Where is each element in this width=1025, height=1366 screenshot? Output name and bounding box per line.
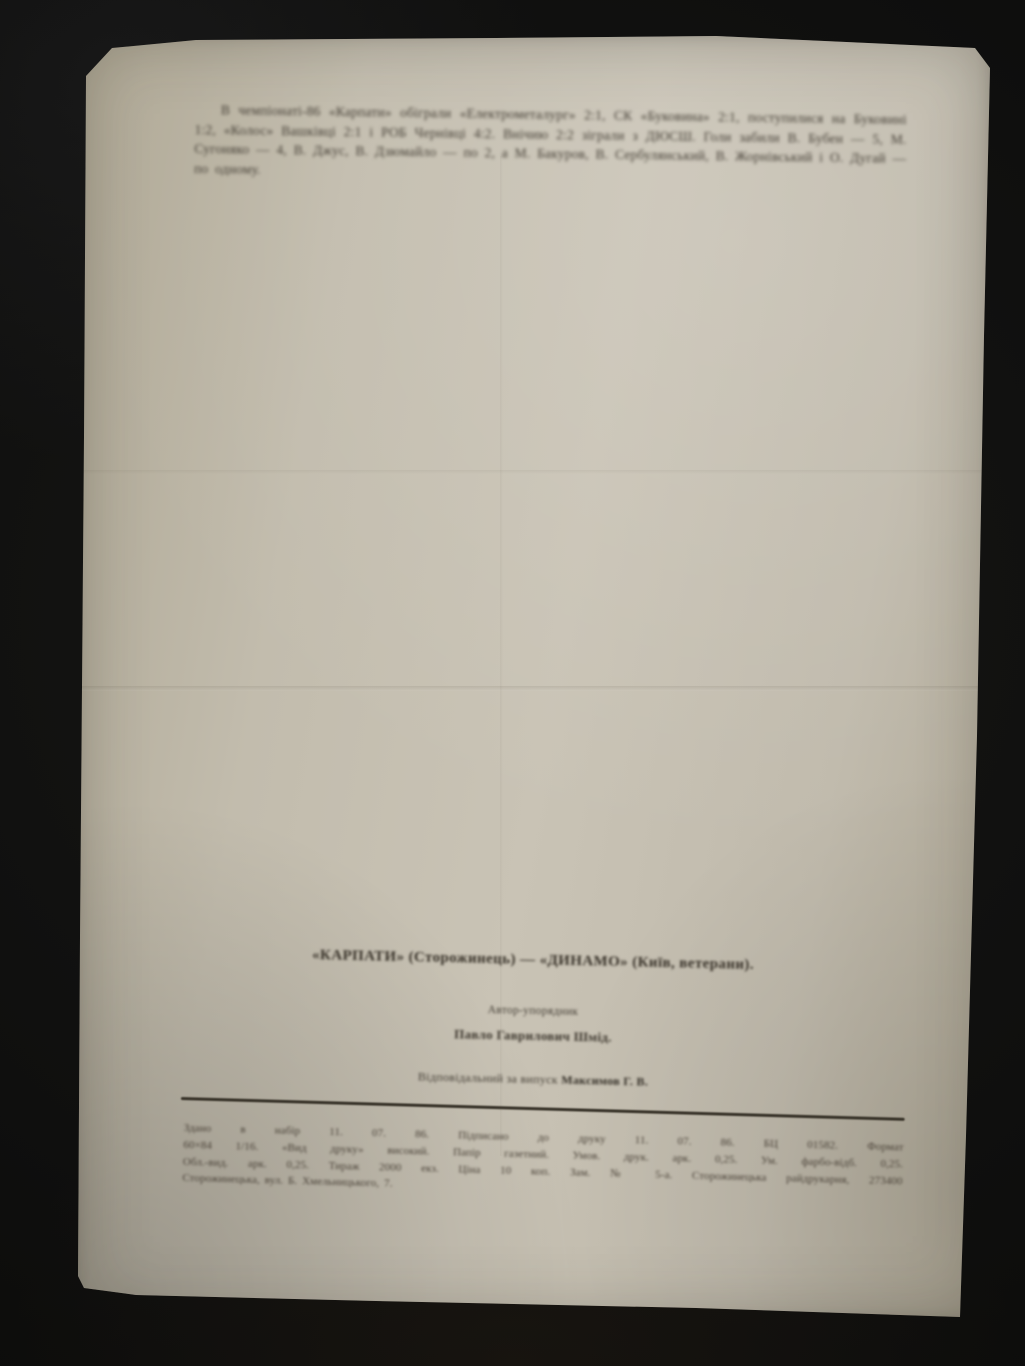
imprint-block: Здано в набір 11. 07. 86. Підписано до д…: [182, 1120, 904, 1207]
photo-background: В чемпіонаті-86 «Карпати» обіграли «Елек…: [0, 0, 1025, 1366]
paper-sheet: В чемпіонаті-86 «Карпати» обіграли «Елек…: [76, 36, 990, 1320]
responsible-label: Відповідальний за випуск: [418, 1069, 562, 1086]
divider-rule: [181, 1097, 905, 1120]
season-results-paragraph: В чемпіонаті-86 «Карпати» обіграли «Елек…: [194, 100, 907, 188]
responsible-name: Максимов Г. В.: [561, 1073, 648, 1089]
paper-crease-horizontal-fold: [76, 686, 990, 691]
match-title-line: «КАРПАТИ» (Сторожинець) — «ДИНАМО» (Київ…: [76, 942, 990, 980]
paper-crease-horizontal-upper: [76, 470, 990, 474]
responsible-for-issue-line: Відповідальний за випуск Максимов Г. В.: [76, 1062, 990, 1098]
